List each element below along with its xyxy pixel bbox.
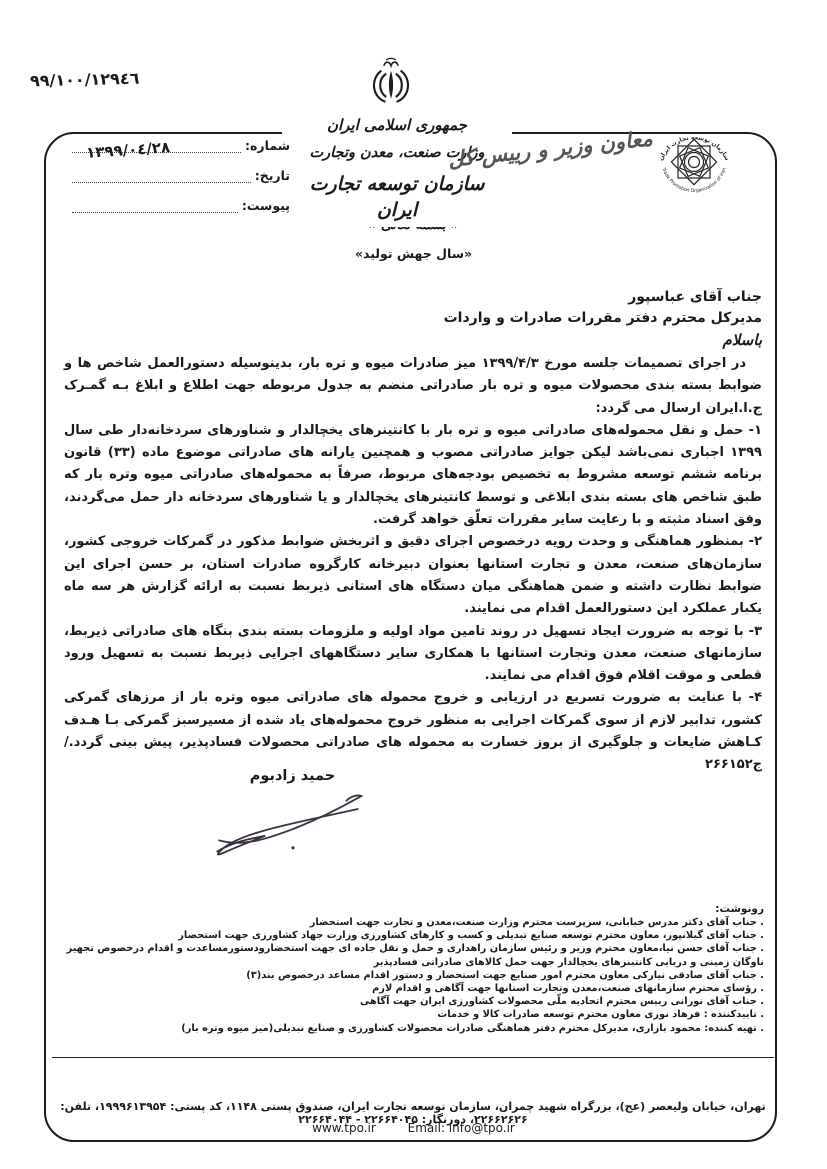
signature-scribble: [205, 785, 380, 857]
footer-separator-line: [52, 1057, 774, 1058]
handwritten-doc-number: ٩٩/١٠٠/١٢٩٤٦: [30, 69, 140, 91]
body-paragraph-1: ۱- حمل و نقل محموله‌های صادراتی میوه و ت…: [64, 420, 762, 531]
date-label: تاریخ:: [251, 168, 290, 183]
cc-item-8: . تهیه کننده: محمود بازاری، مدیرکل محترم…: [64, 1022, 764, 1035]
attachment-dotted-line: [72, 199, 238, 213]
letter-body: جناب آقای عباسپور مدیرکل محترم دفتر مقرر…: [64, 288, 762, 777]
tpo-logo-text-fa: سازمان توسعه تجارت ایران: [657, 134, 730, 162]
country-title: جمهوری اسلامی ایران: [288, 115, 506, 135]
footer-web-line: www.tpo.ir Email: info@tpo.ir: [0, 1121, 827, 1135]
iran-emblem-icon: [367, 56, 415, 114]
tpo-logo-rosette: [671, 139, 716, 184]
attachment-label: پیوست:: [238, 198, 290, 213]
letter-page: ٩٩/١٠٠/١٢٩٤٦ جمهوری اسلامی ایران وزارت ص…: [0, 0, 827, 1169]
cc-item-6: . جناب آقای نورانی رییس محترم اتحادیه مل…: [64, 995, 764, 1008]
recipient-name: جناب آقای عباسپور: [64, 288, 762, 307]
year-slogan: «سال جهش تولید»: [0, 246, 827, 261]
cc-item-4: . جناب آقای صادقی نیارکی معاون محترم امو…: [64, 969, 764, 982]
email-address: Email: info@tpo.ir: [408, 1121, 515, 1135]
body-paragraph-4: ۴- با عنایت به ضرورت تسریع در ارزیابی و …: [64, 687, 762, 776]
cc-item-7: . تاییدکننده : فرهاد نوری معاون محترم تو…: [64, 1008, 764, 1021]
cc-item-3: . جناب آقای حسن نیا،معاون محترم وزیر و ر…: [64, 942, 764, 968]
cc-list: رونوشت: . جناب آقای دکتر مدرس خیابانی، س…: [64, 902, 764, 1035]
body-intro-paragraph: در اجرای تصمیمات جلسه مورخ ۱۳۹۹/۴/۳ میز …: [64, 353, 762, 420]
salutation: باسلام: [64, 328, 762, 353]
website-url: www.tpo.ir: [312, 1121, 376, 1135]
attachment-field-row: پیوست:: [72, 198, 290, 213]
date-field-row: تاریخ:: [72, 168, 290, 183]
letterhead-center: جمهوری اسلامی ایران وزارت صنعت، معدن وتج…: [282, 113, 512, 227]
tpo-logo-seal: سازمان توسعه تجارت ایران Trade Promotion…: [648, 116, 740, 208]
body-paragraph-2: ۲- بمنظور هماهنگی و وحدت رویه درخصوص اجر…: [64, 531, 762, 620]
cc-item-5: . رؤسای محترم سازمانهای صنعت،معدن وتجارت…: [64, 982, 764, 995]
tpo-logo-text-en: Trade Promotion Organization of Iran: [660, 166, 728, 194]
cc-item-1: . جناب آقای دکتر مدرس خیابانی، سرپرست مح…: [64, 916, 764, 929]
date-dotted-line: [72, 169, 251, 183]
recipient-title: مدیرکل محترم دفتر مقررات صادرات و واردات: [64, 309, 762, 328]
body-paragraph-3: ۳- با توجه به ضرورت ایجاد تسهیل در روند …: [64, 621, 762, 688]
signature-block: حمید زادبوم: [195, 768, 390, 861]
organization-title: سازمان توسعه تجارت ایران: [288, 171, 506, 223]
signer-name: حمید زادبوم: [195, 768, 390, 784]
cc-label: رونوشت:: [64, 902, 764, 916]
number-label: شماره:: [241, 138, 290, 153]
cc-item-2: . جناب آقای گیلانپور، معاون محترم توسعه …: [64, 929, 764, 942]
